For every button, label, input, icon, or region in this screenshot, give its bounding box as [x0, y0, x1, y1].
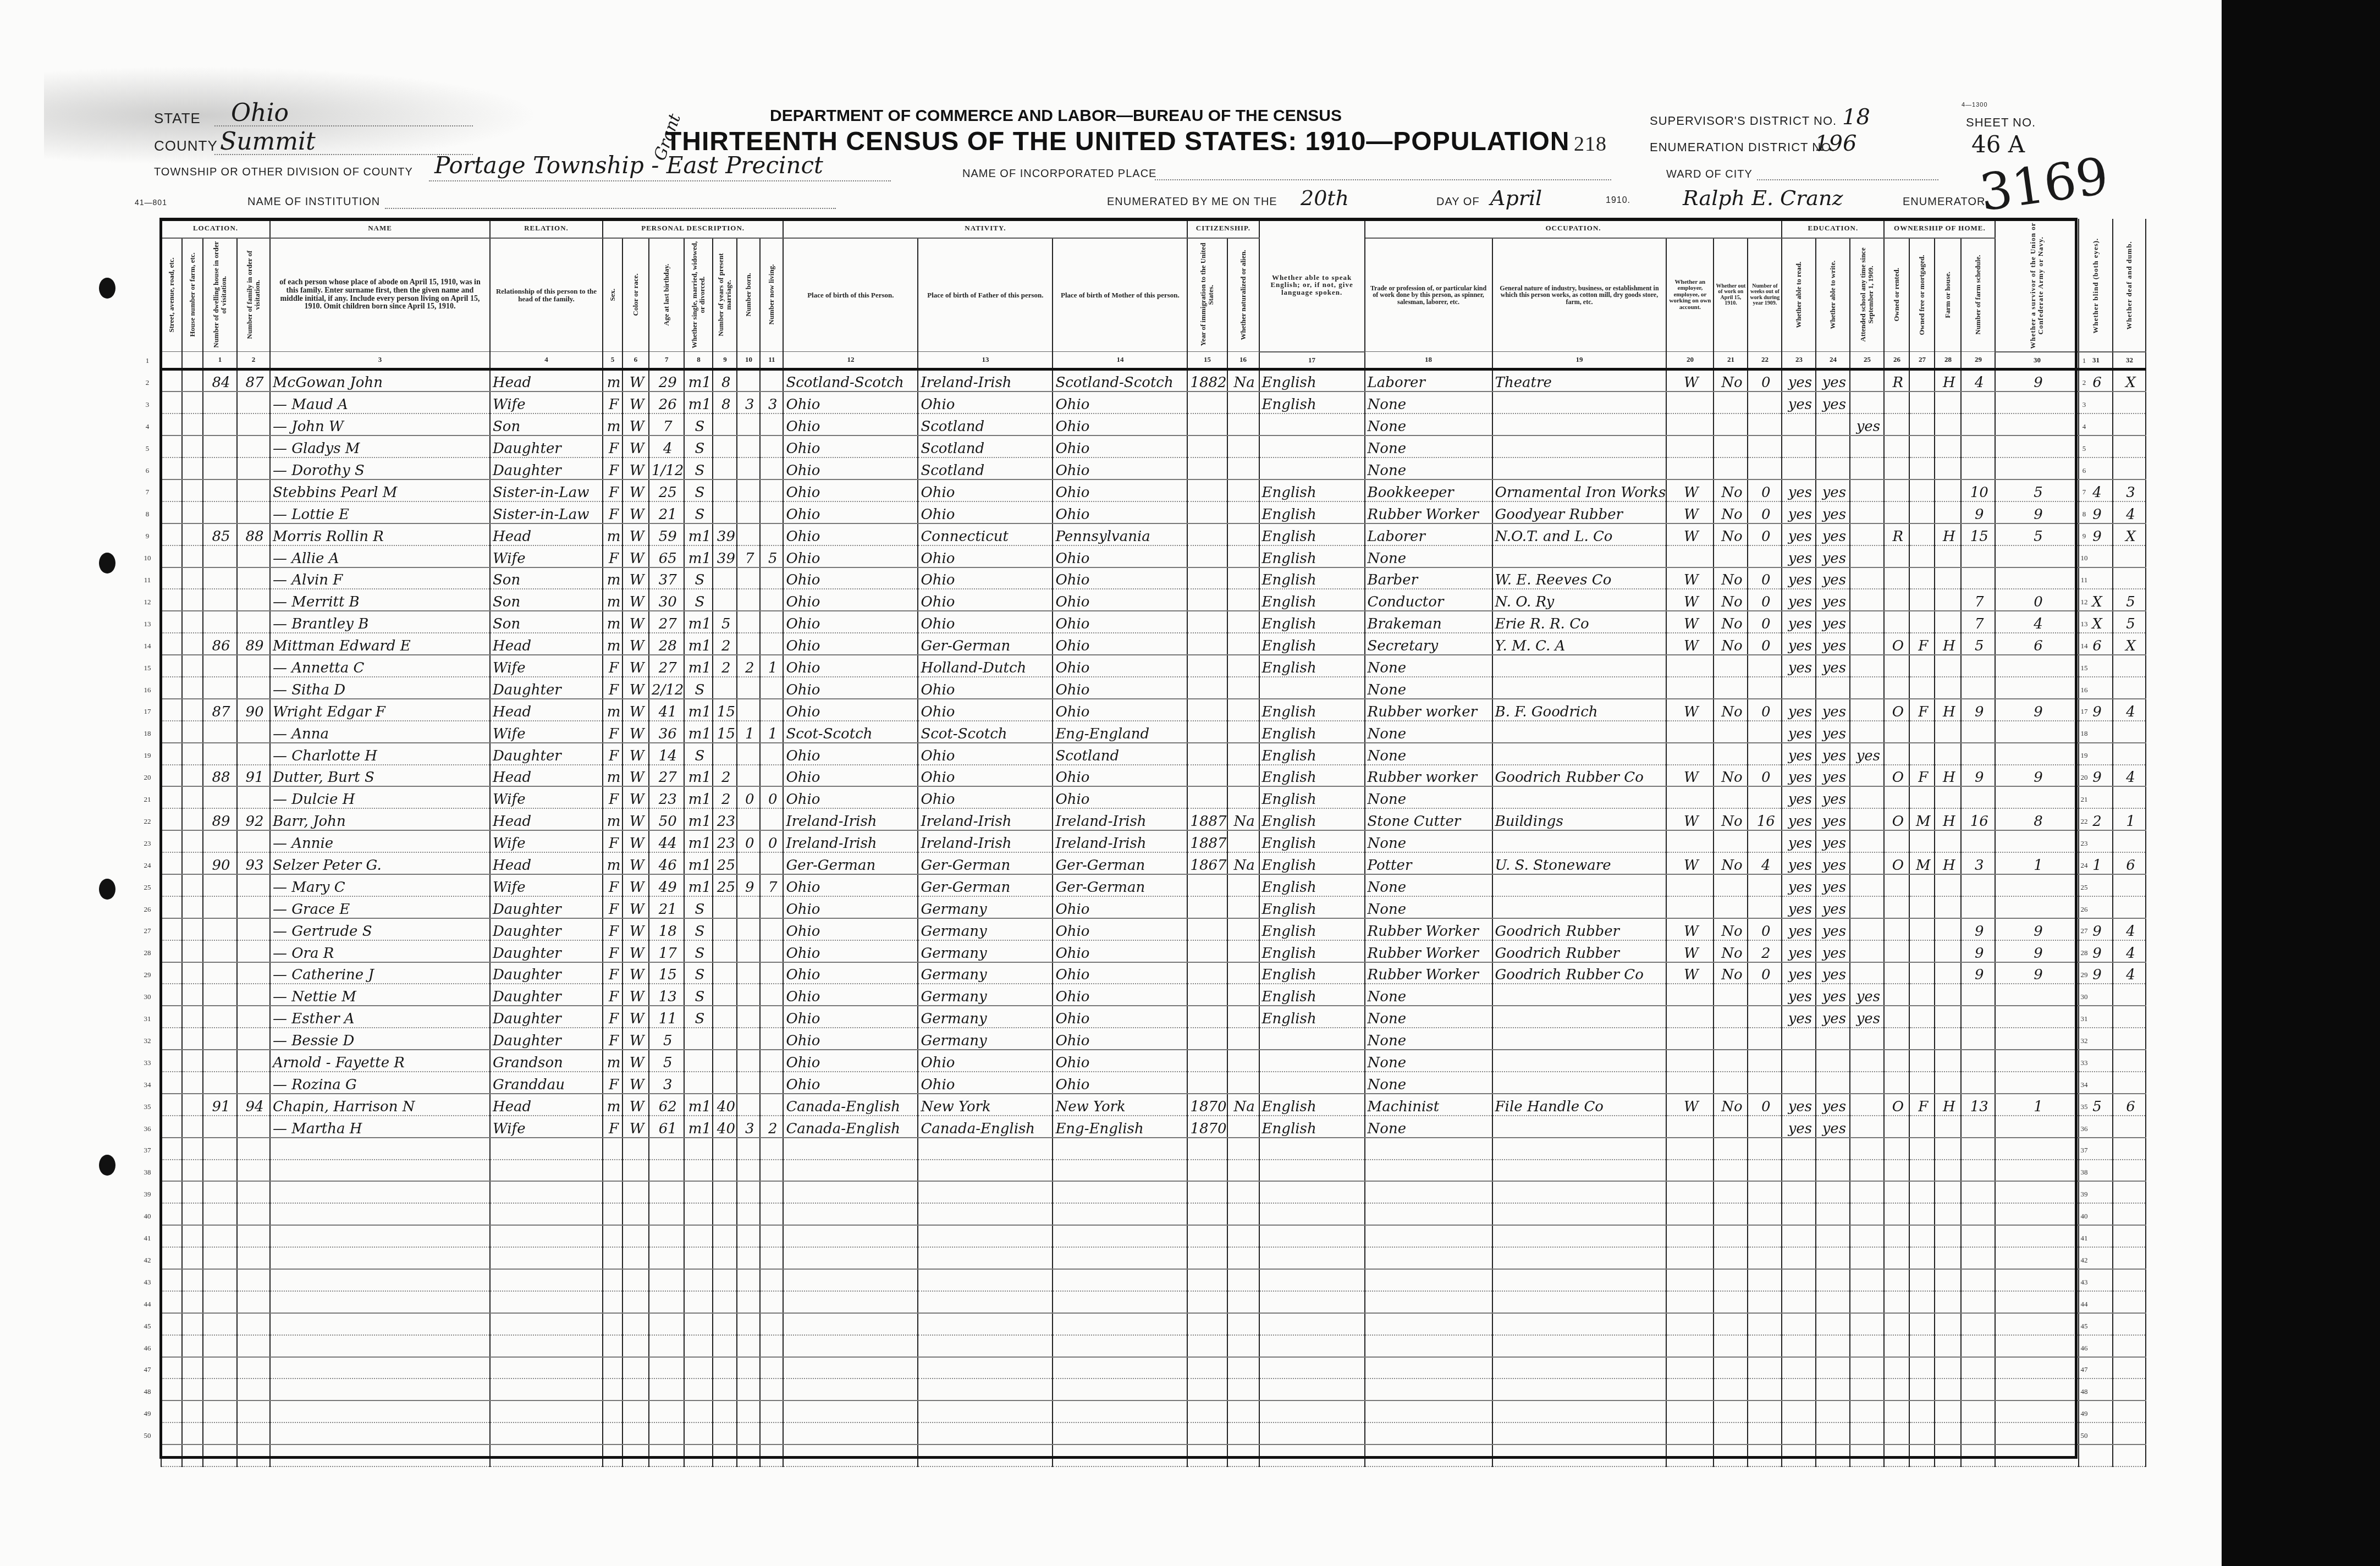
cell-imm — [1187, 545, 1227, 567]
cell-mort — [1909, 1203, 1935, 1225]
cell-bf: Ohio — [918, 545, 1053, 567]
line-number: 27 — [136, 927, 158, 935]
cell-race: W — [622, 501, 649, 523]
cell-blank — [161, 808, 182, 830]
cell-dw — [203, 611, 237, 633]
cell-yrs — [713, 743, 737, 765]
cell-wks — [1748, 457, 1782, 479]
table-row: 9194Chapin, Harrison NHeadmW62m140Canada… — [161, 1094, 2146, 1116]
cell-emp: W — [1666, 918, 1714, 940]
cell-wr: yes — [1816, 633, 1850, 655]
cell-own — [1884, 1400, 1909, 1422]
column-number: 11 — [760, 352, 783, 370]
cell-code: 9 — [1961, 940, 1995, 962]
cell-mar — [684, 1422, 713, 1444]
header-color: Color or race. — [622, 238, 649, 352]
cell-code — [1995, 677, 2079, 699]
cell-code: 1 — [1995, 1094, 2079, 1116]
cell-code: 5 — [2113, 611, 2146, 633]
cell-code — [2113, 1357, 2146, 1379]
cell-oow — [1714, 1181, 1748, 1203]
cell-race: W — [622, 413, 649, 435]
cell-wks: 0 — [1748, 501, 1782, 523]
cell-code: 4 — [1995, 611, 2079, 633]
cell-age — [649, 1335, 684, 1357]
cell-fam — [237, 1225, 270, 1247]
cell-yrs — [713, 1378, 737, 1400]
cell-name: — Grace E — [270, 896, 490, 918]
cell-bf: Germany — [918, 896, 1053, 918]
cell-blank — [161, 611, 182, 633]
cell-nat — [1227, 545, 1259, 567]
table-row — [161, 1160, 2146, 1182]
cell-nat — [1227, 1138, 1259, 1160]
cell-bm: Ohio — [1053, 699, 1187, 721]
cell-mar: m1 — [684, 1094, 713, 1116]
cell-lang: English — [1259, 940, 1365, 962]
cell-fam — [237, 1400, 270, 1422]
line-number: 24 — [2073, 861, 2095, 870]
cell-blank — [161, 523, 182, 545]
supervisor-district-value: 18 — [1842, 104, 1870, 130]
cell-trade — [1365, 1160, 1492, 1182]
cell-sex: F — [603, 1072, 622, 1094]
cell-dw — [203, 1072, 237, 1094]
cell-bm: Ohio — [1053, 765, 1187, 787]
cell-own — [1884, 457, 1909, 479]
cell-code — [1961, 1116, 1995, 1138]
cell-mort — [1909, 1247, 1935, 1269]
cell-fam — [237, 1422, 270, 1444]
cell-imm — [1187, 1028, 1227, 1050]
cell-living — [760, 1181, 783, 1203]
line-number: 34 — [2073, 1080, 2095, 1089]
cell-code — [1995, 1181, 2079, 1203]
cell-fam — [237, 874, 270, 896]
cell-emp — [1666, 1116, 1714, 1138]
cell-farm — [1935, 962, 1961, 984]
cell-blank — [161, 1313, 182, 1335]
cell-bp — [783, 1313, 918, 1335]
cell-farm — [1935, 721, 1961, 743]
cell-blank — [182, 1138, 203, 1160]
cell-fam: 88 — [237, 523, 270, 545]
cell-bp: Ohio — [783, 501, 918, 523]
cell-rel: Daughter — [490, 962, 603, 984]
cell-code — [2113, 677, 2146, 699]
cell-born — [737, 940, 760, 962]
cell-bm: Ohio — [1053, 1028, 1187, 1050]
cell-lang: English — [1259, 743, 1365, 765]
cell-imm — [1187, 1291, 1227, 1313]
cell-living — [760, 743, 783, 765]
cell-bm — [1053, 1291, 1187, 1313]
line-number: 6 — [136, 466, 158, 475]
column-number: 27 — [1909, 352, 1935, 370]
cell-trade: Rubber Worker — [1365, 918, 1492, 940]
cell-nat — [1227, 501, 1259, 523]
cell-ind: Erie R. R. Co — [1492, 611, 1667, 633]
cell-trade — [1365, 1181, 1492, 1203]
cell-born — [737, 896, 760, 918]
cell-mort — [1909, 413, 1935, 435]
header-relation: Relationship of this person to the head … — [490, 238, 603, 352]
binder-hole-icon — [99, 278, 115, 299]
cell-bf — [918, 1269, 1053, 1291]
cell-living: 2 — [760, 1116, 783, 1138]
cell-name: — Maud A — [270, 392, 490, 413]
cell-blank — [161, 655, 182, 677]
cell-farm — [1935, 1181, 1961, 1203]
header-school: Attended school any time since September… — [1850, 238, 1884, 352]
column-number: 13 — [918, 352, 1053, 370]
cell-own — [1884, 1006, 1909, 1028]
cell-mar: S — [684, 896, 713, 918]
cell-bm: Ireland-Irish — [1053, 830, 1187, 852]
table-row — [161, 1378, 2146, 1400]
cell-emp: W — [1666, 1094, 1714, 1116]
cell-sch — [1850, 655, 1884, 677]
cell-bm — [1053, 1247, 1187, 1269]
cell-bp: Ohio — [783, 940, 918, 962]
cell-imm — [1187, 699, 1227, 721]
cell-rd: yes — [1782, 1094, 1816, 1116]
cell-emp — [1666, 721, 1714, 743]
cell-wr: yes — [1816, 523, 1850, 545]
cell-trade: None — [1365, 1116, 1492, 1138]
cell-ind — [1492, 1028, 1667, 1050]
cell-code — [1961, 1269, 1995, 1291]
cell-yrs: 2 — [713, 765, 737, 787]
cell-code — [1995, 1006, 2079, 1028]
cell-dw — [203, 1116, 237, 1138]
line-number: 29 — [136, 971, 158, 979]
cell-mort — [1909, 479, 1935, 501]
cell-rd — [1782, 435, 1816, 457]
cell-wr — [1816, 1160, 1850, 1182]
cell-dw — [203, 545, 237, 567]
column-number — [161, 352, 182, 370]
cell-code — [1995, 457, 2079, 479]
cell-name: — Gladys M — [270, 435, 490, 457]
cell-nat — [1227, 1028, 1259, 1050]
cell-rel — [490, 1138, 603, 1160]
cell-name: — Nettie M — [270, 984, 490, 1006]
cell-imm — [1187, 786, 1227, 808]
cell-mort — [1909, 1378, 1935, 1400]
cell-rel — [490, 1181, 603, 1203]
cell-bf: Ger-German — [918, 874, 1053, 896]
cell-lang — [1259, 1072, 1365, 1094]
cell-age — [649, 1378, 684, 1400]
cell-bf: Germany — [918, 1028, 1053, 1050]
cell-farm — [1935, 501, 1961, 523]
cell-wks — [1748, 1028, 1782, 1050]
cell-code — [2113, 1072, 2146, 1094]
header-immigration: Year of immigration to the United States… — [1187, 238, 1227, 352]
cell-living — [760, 369, 783, 392]
cell-wr: yes — [1816, 589, 1850, 611]
county-label: COUNTY — [154, 137, 218, 155]
line-number: 42 — [2073, 1256, 2095, 1265]
line-number: 49 — [2073, 1409, 2095, 1418]
cell-own — [1884, 1050, 1909, 1072]
cell-bm: Scotland-Scotch — [1053, 369, 1187, 392]
cell-oow — [1714, 655, 1748, 677]
cell-mar: m1 — [684, 721, 713, 743]
cell-rel: Grandson — [490, 1050, 603, 1072]
cell-yrs — [713, 457, 737, 479]
cell-oow — [1714, 1160, 1748, 1182]
cell-emp — [1666, 1400, 1714, 1422]
cell-mort — [1909, 1444, 1935, 1466]
cell-code — [2113, 1444, 2146, 1466]
cell-code — [1961, 1160, 1995, 1182]
cell-sch — [1850, 369, 1884, 392]
cell-nat — [1227, 1006, 1259, 1028]
cell-sch — [1850, 808, 1884, 830]
cell-code: 3 — [2113, 479, 2146, 501]
cell-emp — [1666, 1313, 1714, 1335]
cell-wr — [1816, 1313, 1850, 1335]
cell-bm: Ohio — [1053, 501, 1187, 523]
cell-wr: yes — [1816, 655, 1850, 677]
cell-mar: m1 — [684, 611, 713, 633]
cell-fam — [237, 1335, 270, 1357]
header-sex: Sex. — [603, 238, 622, 352]
cell-wr — [1816, 1181, 1850, 1203]
cell-nat: Na — [1227, 808, 1259, 830]
cell-age: 27 — [649, 765, 684, 787]
cell-blank — [161, 479, 182, 501]
cell-own — [1884, 721, 1909, 743]
cell-blank — [161, 1291, 182, 1313]
cell-code: 9 — [1995, 918, 2079, 940]
cell-sex: F — [603, 1006, 622, 1028]
cell-sex: m — [603, 633, 622, 655]
cell-ind — [1492, 677, 1667, 699]
cell-mort — [1909, 1072, 1935, 1094]
cell-bf — [918, 1291, 1053, 1313]
table-row: — AnnieWifeFW44m12300Ireland-IrishIrelan… — [161, 830, 2146, 852]
cell-lang — [1259, 1160, 1365, 1182]
cell-wr — [1816, 435, 1850, 457]
cell-nat — [1227, 918, 1259, 940]
cell-bp: Canada-English — [783, 1116, 918, 1138]
cell-emp — [1666, 1028, 1714, 1050]
cell-ind: U. S. Stoneware — [1492, 852, 1667, 874]
cell-sex — [603, 1422, 622, 1444]
cell-bm — [1053, 1400, 1187, 1422]
cell-yrs: 2 — [713, 633, 737, 655]
cell-lang: English — [1259, 545, 1365, 567]
cell-sex: m — [603, 808, 622, 830]
cell-mar — [684, 1160, 713, 1182]
cell-fam — [237, 940, 270, 962]
cell-bp — [783, 1225, 918, 1247]
cell-race: W — [622, 633, 649, 655]
cell-wks: 0 — [1748, 699, 1782, 721]
cell-code — [1961, 1291, 1995, 1313]
cell-fam — [237, 1378, 270, 1400]
cell-blank — [161, 1072, 182, 1094]
cell-name: — Rozina G — [270, 1072, 490, 1094]
cell-sex: m — [603, 611, 622, 633]
cell-born — [737, 589, 760, 611]
cell-wks: 0 — [1748, 765, 1782, 787]
cell-sex: F — [603, 874, 622, 896]
cell-mar: S — [684, 743, 713, 765]
cell-imm — [1187, 1378, 1227, 1400]
cell-trade: Laborer — [1365, 369, 1492, 392]
cell-lang — [1259, 1444, 1365, 1466]
line-number: 12 — [2073, 598, 2095, 606]
line-number: 17 — [136, 707, 158, 716]
cell-code: 9 — [1961, 699, 1995, 721]
cell-lang — [1259, 1050, 1365, 1072]
cell-bp: Ohio — [783, 479, 918, 501]
cell-sch: yes — [1850, 1006, 1884, 1028]
cell-lang — [1259, 1181, 1365, 1203]
cell-blank — [182, 984, 203, 1006]
cell-ind: Goodrich Rubber Co — [1492, 962, 1667, 984]
cell-blank — [161, 1269, 182, 1291]
form-code: 4—1300 — [1962, 102, 1988, 108]
cell-race: W — [622, 721, 649, 743]
cell-mort — [1909, 611, 1935, 633]
cell-mar — [684, 1247, 713, 1269]
cell-code: 9 — [1995, 699, 2079, 721]
header-years-married: Number of years of present marriage. — [713, 238, 737, 352]
cell-name: Wright Edgar F — [270, 699, 490, 721]
cell-nat: Na — [1227, 369, 1259, 392]
line-number: 15 — [2073, 664, 2095, 672]
cell-emp — [1666, 1181, 1714, 1203]
cell-sch — [1850, 523, 1884, 545]
cell-living: 1 — [760, 721, 783, 743]
cell-rd — [1782, 413, 1816, 435]
cell-ind: N. O. Ry — [1492, 589, 1667, 611]
cell-blank — [161, 1006, 182, 1028]
table-row: — Merritt BSonmW30SOhioOhioOhioEnglishCo… — [161, 589, 2146, 611]
cell-rd — [1782, 1269, 1816, 1291]
line-number: 27 — [2073, 927, 2095, 935]
cell-blank — [182, 1291, 203, 1313]
cell-ind: Goodrich Rubber — [1492, 918, 1667, 940]
cell-bf: Ireland-Irish — [918, 808, 1053, 830]
cell-sch — [1850, 435, 1884, 457]
cell-emp — [1666, 1225, 1714, 1247]
cell-bm — [1053, 1203, 1187, 1225]
cell-trade: Conductor — [1365, 589, 1492, 611]
line-number: 1 — [2073, 356, 2095, 365]
cell-name: — Anna — [270, 721, 490, 743]
cell-trade: Machinist — [1365, 1094, 1492, 1116]
cell-fam — [237, 435, 270, 457]
cell-bp — [783, 1247, 918, 1269]
cell-fam — [237, 1291, 270, 1313]
cell-own — [1884, 589, 1909, 611]
cell-wr — [1816, 1247, 1850, 1269]
cell-blank — [182, 1444, 203, 1466]
cell-rel: Granddau — [490, 1072, 603, 1094]
column-number: 21 — [1714, 352, 1748, 370]
cell-own: O — [1884, 699, 1909, 721]
cell-fam — [237, 1247, 270, 1269]
line-number: 13 — [136, 620, 158, 628]
cell-mort — [1909, 501, 1935, 523]
cell-yrs — [713, 962, 737, 984]
column-number: 26 — [1884, 352, 1909, 370]
cell-mar — [684, 1138, 713, 1160]
cell-sch — [1850, 501, 1884, 523]
cell-name — [270, 1181, 490, 1203]
cell-emp — [1666, 743, 1714, 765]
cell-lang — [1259, 1269, 1365, 1291]
cell-bp: Ohio — [783, 677, 918, 699]
cell-trade: None — [1365, 721, 1492, 743]
cell-emp: W — [1666, 611, 1714, 633]
line-number: 18 — [136, 729, 158, 738]
cell-born: 3 — [737, 392, 760, 413]
cell-ind — [1492, 721, 1667, 743]
line-number: 6 — [2073, 466, 2095, 475]
cell-wks — [1748, 1138, 1782, 1160]
table-row: — Maud AWifeFW26m1833OhioOhioOhioEnglish… — [161, 392, 2146, 413]
cell-trade: None — [1365, 830, 1492, 852]
cell-code: 8 — [1995, 808, 2079, 830]
cell-bf — [918, 1138, 1053, 1160]
cell-nat — [1227, 1378, 1259, 1400]
cell-mar: S — [684, 479, 713, 501]
line-number: 10 — [136, 554, 158, 563]
cell-code: 9 — [1995, 765, 2079, 787]
cell-lang: English — [1259, 896, 1365, 918]
cell-emp — [1666, 655, 1714, 677]
cell-living — [760, 1203, 783, 1225]
cell-bm: Ohio — [1053, 435, 1187, 457]
cell-fam — [237, 984, 270, 1006]
cell-code — [1995, 435, 2079, 457]
cell-race — [622, 1181, 649, 1203]
cell-trade: Rubber worker — [1365, 699, 1492, 721]
cell-lang — [1259, 677, 1365, 699]
cell-lang: English — [1259, 765, 1365, 787]
cell-imm — [1187, 655, 1227, 677]
cell-blank — [182, 1378, 203, 1400]
cell-dw — [203, 567, 237, 589]
cell-ind: Goodrich Rubber Co — [1492, 765, 1667, 787]
cell-wks — [1748, 1203, 1782, 1225]
cell-wr — [1816, 1050, 1850, 1072]
cell-ind: Buildings — [1492, 808, 1667, 830]
cell-rel: Sister-in-Law — [490, 479, 603, 501]
cell-lang — [1259, 1247, 1365, 1269]
cell-race: W — [622, 655, 649, 677]
cell-mort — [1909, 1160, 1935, 1182]
cell-code — [1961, 1072, 1995, 1094]
cell-own — [1884, 1291, 1909, 1313]
cell-imm — [1187, 1181, 1227, 1203]
cell-name: Chapin, Harrison N — [270, 1094, 490, 1116]
cell-rel: Head — [490, 369, 603, 392]
cell-name — [270, 1269, 490, 1291]
cell-name: — John W — [270, 413, 490, 435]
cell-born — [737, 1247, 760, 1269]
cell-wks — [1748, 655, 1782, 677]
cell-living — [760, 918, 783, 940]
cell-wks — [1748, 1313, 1782, 1335]
